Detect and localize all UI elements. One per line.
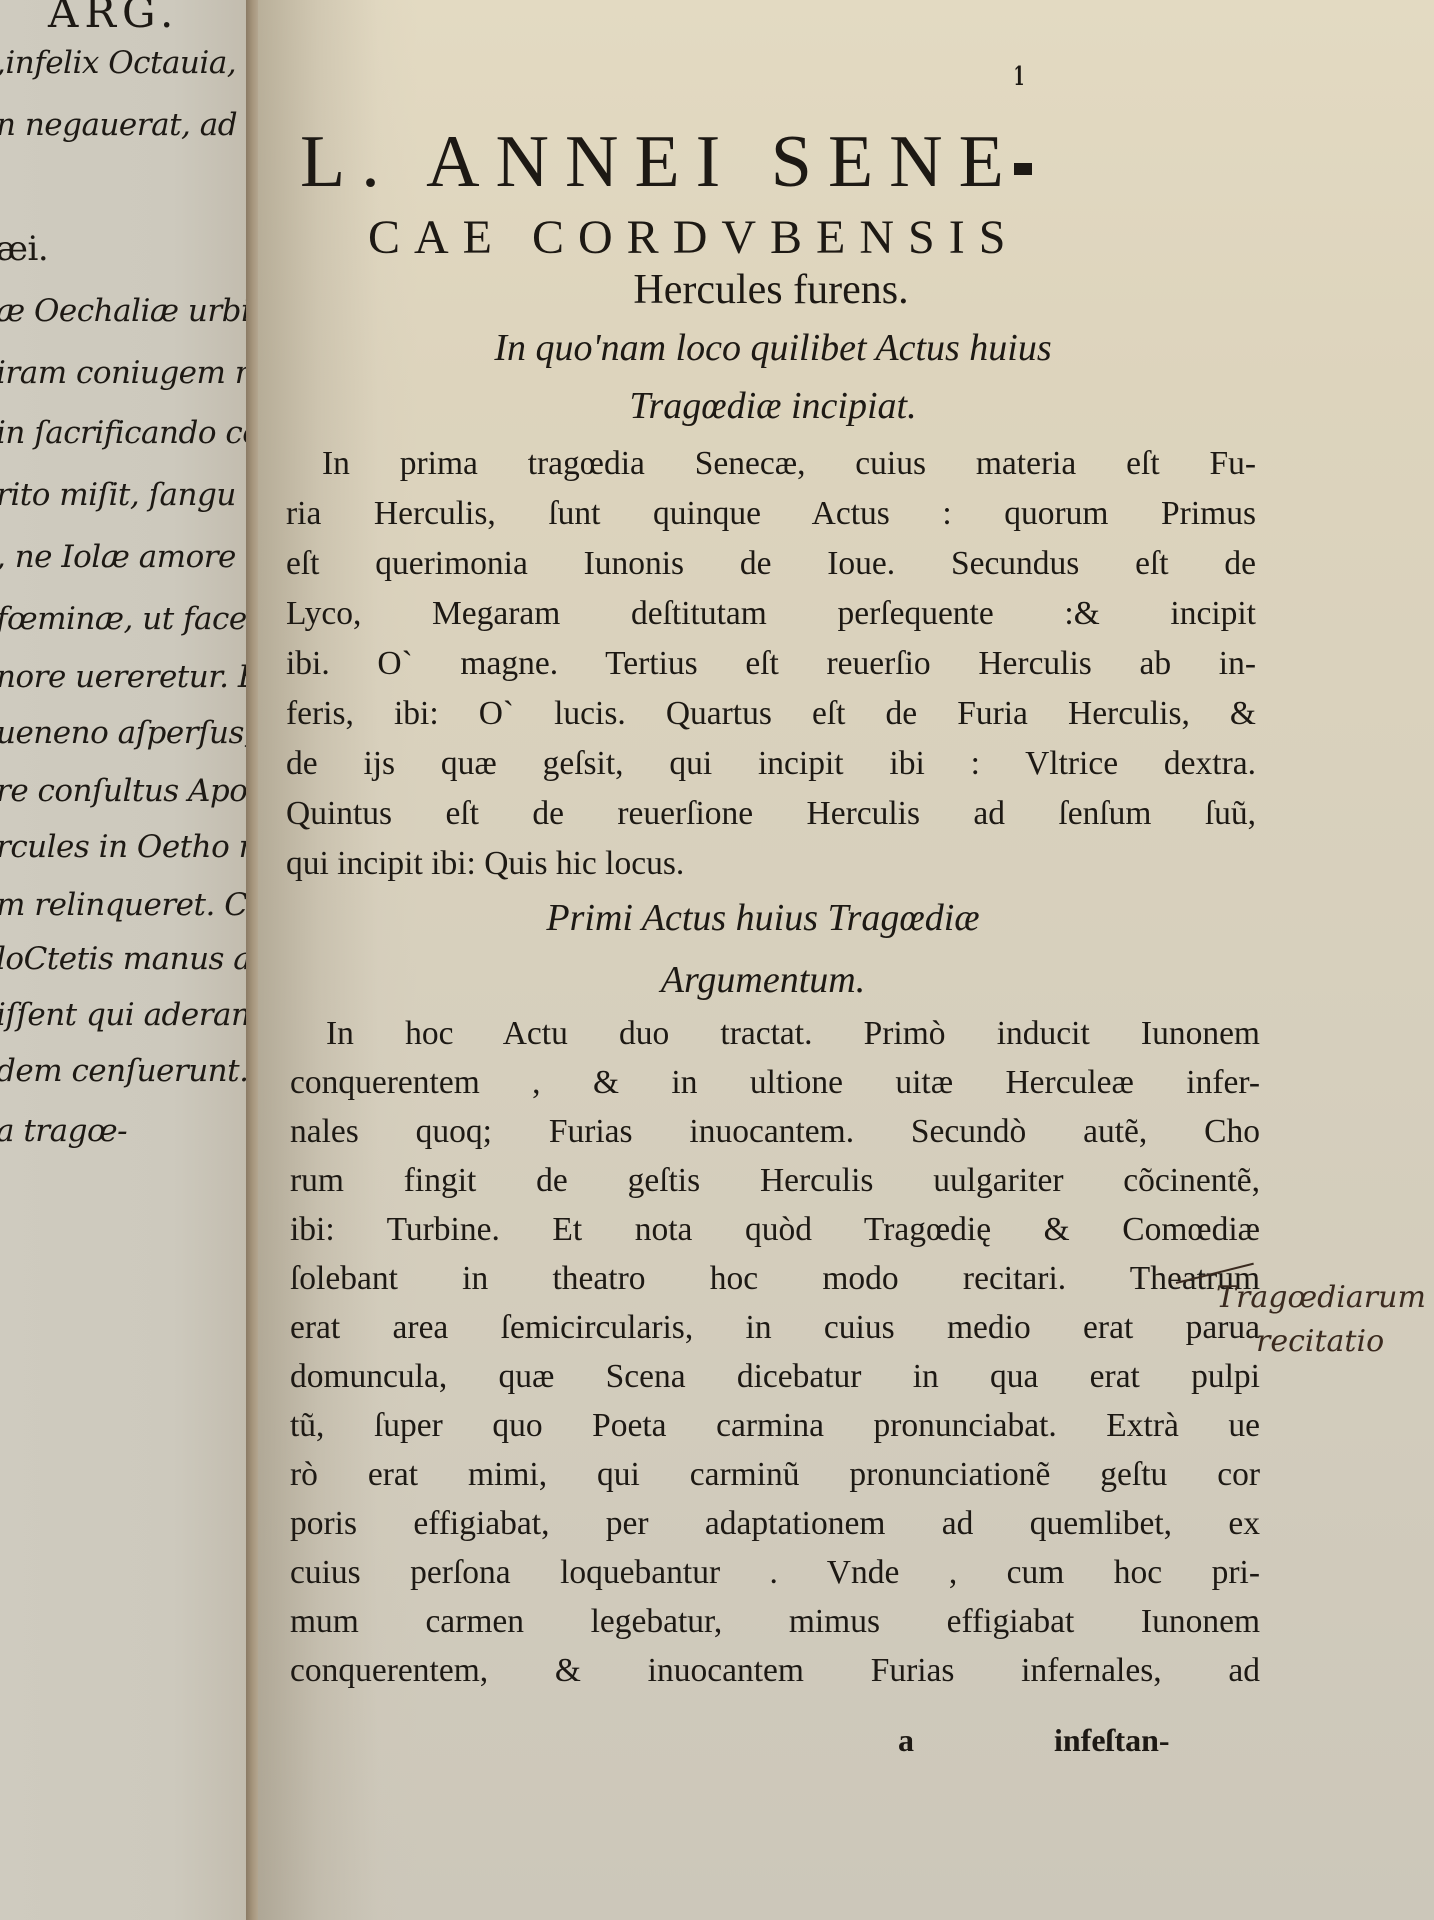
paragraph-line: Quintus eſt de reuerſione Herculis ad ſe… [286, 794, 1256, 844]
paragraph-line: de ijs quæ geſsit, qui incipit ibi : Vlt… [286, 744, 1256, 794]
section1-heading-line2: Tragœdiæ incipiat. [278, 384, 1268, 428]
section2-heading-line1: Primi Actus huius Tragœdiæ [268, 896, 1258, 940]
paragraph-line: ibi. O` magne. Tertius eſt reuerſio Herc… [286, 644, 1256, 694]
paragraph-line: cuius perſona loquebantur . Vnde , cum h… [290, 1553, 1260, 1602]
paragraph-line: In prima tragœdia Senecæ, cuius materia … [286, 444, 1256, 494]
left-line: rito miſit, ſangu [0, 480, 236, 511]
left-line: re conſultus Apo [0, 776, 247, 807]
page-number: 1 [1014, 62, 1025, 92]
left-line: æ Oechaliæ urbis [0, 296, 248, 327]
left-line: a tragœ- [0, 1116, 127, 1147]
paragraph-line: qui incipit ibi: Quis hic locus. [286, 844, 1256, 894]
paragraph-line: conquerentem, & inuocantem Furias infern… [290, 1651, 1260, 1700]
margin-note-line1: Tragœdiarum [1216, 1276, 1434, 1320]
paragraph-line: conquerentem , & in ultione uitæ Hercule… [290, 1063, 1260, 1112]
left-line: , ne Iolæ amore [0, 542, 236, 573]
signature-mark: a [898, 1722, 914, 1759]
left-line: fœminæ, ut facer [0, 604, 248, 635]
handwritten-margin-note: Tragœdiarum recitatio [1216, 1276, 1434, 1364]
title-line-1-text: L. ANNEI SENE [300, 121, 1020, 203]
left-line: m relinqueret. Co [0, 890, 248, 921]
paragraph-line: Lyco, Megaram deſtitutam perſequente :& … [286, 594, 1256, 644]
catchword: infeſtan- [1054, 1722, 1170, 1759]
paragraph-line: domuncula, quæ Scena dicebatur in qua er… [290, 1357, 1260, 1406]
section2-paragraph: In hoc Actu duo tractat. Primò inducit I… [290, 1014, 1260, 1700]
paragraph-line: nales quoq; Furias inuocantem. Secundò a… [290, 1112, 1260, 1161]
paragraph-line: rum fingit de geſtis Herculis uulgariter… [290, 1161, 1260, 1210]
left-line: nore uereretur. E [0, 662, 248, 693]
left-line: rcules in Oetho m [0, 832, 248, 863]
paragraph-line: tũ, ſuper quo Poeta carmina pronunciabat… [290, 1406, 1260, 1455]
paragraph-line: ſolebant in theatro hoc modo recitari. T… [290, 1259, 1260, 1308]
title-line-1: L. ANNEI SENE [300, 120, 1300, 205]
left-line: dem cenſuerunt. [0, 1056, 248, 1087]
left-page: ARG. ,infelix Octauia, n negauerat, ad æ… [0, 0, 248, 1920]
running-head: ARG. [48, 0, 179, 34]
paragraph-line: poris effigiabat, per adaptationem ad qu… [290, 1504, 1260, 1553]
right-page: 1 L. ANNEI SENE CAE CORDVBENSIS Hercules… [258, 0, 1434, 1920]
paragraph-line: ibi: Turbine. Et nota quòd Tragœdię & Co… [290, 1210, 1260, 1259]
left-line: ueneno aſperſus, l [0, 718, 248, 749]
section1-heading-line1: In quo'nam loco quilibet Actus huius [278, 326, 1268, 370]
title-line-2: CAE CORDVBENSIS [368, 210, 1268, 265]
paragraph-line: eſt querimonia Iunonis de Ioue. Secundus… [286, 544, 1256, 594]
section1-paragraph: In prima tragœdia Senecæ, cuius materia … [286, 444, 1256, 894]
page-footer: a infeſtan- [258, 1722, 1258, 1762]
section2-heading-line2: Argumentum. [268, 958, 1258, 1002]
paragraph-line: ria Herculis, ſunt quinque Actus : quoru… [286, 494, 1256, 544]
paragraph-line: erat area ſemicircularis, in cuius medio… [290, 1308, 1260, 1357]
left-line: iram coniugem m [0, 358, 248, 389]
left-line: loCtetis manus ad [0, 944, 248, 975]
hyphen-ornament-icon [1014, 163, 1032, 175]
left-line: iſſent qui aderant, [0, 1000, 248, 1031]
margin-note-line2: recitatio [1216, 1320, 1434, 1364]
paragraph-line: mum carmen legebatur, mimus effigiabat I… [290, 1602, 1260, 1651]
paragraph-line: rò erat mimi, qui carminũ pronunciationẽ… [290, 1455, 1260, 1504]
left-line: n negauerat, ad [0, 110, 237, 141]
left-line: æi. [0, 232, 48, 266]
book-spread: ARG. ,infelix Octauia, n negauerat, ad æ… [0, 0, 1434, 1920]
left-line: ,infelix Octauia, [0, 48, 236, 79]
play-title: Hercules furens. [276, 266, 1266, 314]
left-line: in ſacrificando co [0, 418, 248, 449]
paragraph-line: In hoc Actu duo tractat. Primò inducit I… [290, 1014, 1260, 1063]
paragraph-line: feris, ibi: O` lucis. Quartus eſt de Fur… [286, 694, 1256, 744]
